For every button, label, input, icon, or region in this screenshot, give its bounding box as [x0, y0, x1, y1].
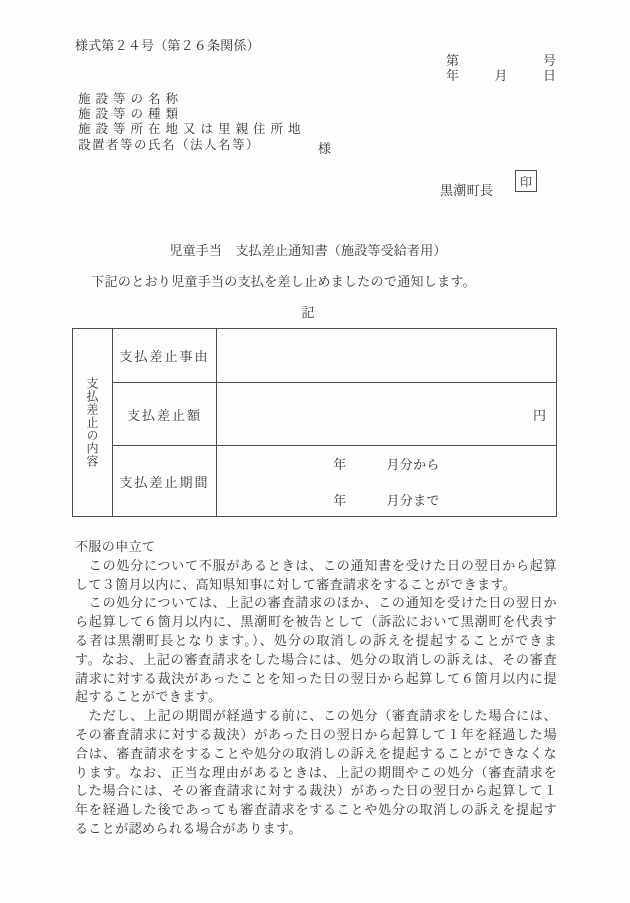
appeal-line: る者は黒潮町長となります。）、処分の取消しの訴えを提起することができま	[75, 632, 557, 651]
appeal-line: ります。なお、正当な理由があるときは、上記の期間やこの処分（審査請求を	[75, 764, 557, 783]
date-line: 年 月 日	[446, 65, 556, 84]
table-group-label: 支払差止の内容	[73, 329, 113, 516]
recipient-block: 施設等の名称 施設等の種類 施設等所在地又は里親住所地 設置者等の氏名（法人名等…	[78, 92, 306, 153]
date-month-label: 月	[494, 65, 507, 84]
appeal-line: 年を経過した後であっても審査請求をすることや処分の取消しの訴えを提起す	[75, 801, 557, 820]
appeal-section: 不服の申立て この処分について不服があるときは、この通知書を受けた日の翌日から起…	[75, 538, 557, 839]
suspension-reason-value-cell	[217, 329, 556, 383]
suspension-period-label: 支払差止期間	[113, 446, 217, 516]
installer-name-label: 設置者等の氏名（法人名等）	[78, 138, 306, 153]
period-to-line: 年 月分まで	[333, 490, 439, 509]
document-page: 様式第２４号（第２６条関係） 第 号 年 月 日 施設等の名称 施設等の種類 施…	[0, 0, 630, 903]
appeal-heading: 不服の申立て	[75, 538, 557, 557]
appeal-line: 起することができます。	[75, 688, 557, 707]
seal-label: 印	[520, 173, 532, 190]
document-title: 児童手当 支払差止通知書（施設等受給者用）	[0, 240, 616, 259]
appeal-line: ただし、上記の期間が経過する前に、この処分（審査請求をした場合には、	[75, 707, 557, 726]
suspension-table: 支払差止の内容 支払差止事由 支払差止額 円 支払差止期間 年 月分から 年 月…	[72, 328, 557, 517]
intro-text: 下記のとおり児童手当の支払を差し止めましたので通知します。	[78, 271, 476, 290]
appeal-line: して３箇月以内に、高知県知事に対して審査請求をすることができます。	[75, 576, 557, 595]
date-year-label: 年	[446, 65, 459, 84]
appeal-line: 合は、審査請求をすることや処分の取消しの訴えを提起することができなくな	[75, 745, 557, 764]
appeal-line: この処分については、上記の審査請求のほか、この通知を受けた日の翌日か	[75, 594, 557, 613]
appeal-line: ら起算して６箇月以内に、黒潮町を被告として（訴訟において黒潮町を代表す	[75, 613, 557, 632]
facility-type-label: 施設等の種類	[78, 107, 306, 122]
appeal-line: その審査請求に対する裁決）があった日の翌日から起算して１年を経過した場	[75, 726, 557, 745]
appeal-line: この処分について不服があるときは、この通知書を受けた日の翌日から起算	[75, 557, 557, 576]
seal-box: 印	[515, 170, 537, 192]
honorific-label: 様	[318, 138, 331, 157]
suspension-period-value-cell: 年 月分から 年 月分まで	[217, 446, 556, 516]
period-from-line: 年 月分から	[333, 454, 439, 473]
facility-address-label: 施設等所在地又は里親住所地	[78, 122, 306, 137]
amount-unit-label: 円	[533, 405, 546, 424]
suspension-reason-label: 支払差止事由	[113, 329, 217, 383]
appeal-line: した場合には、その審査請求に対する裁決）があった日の翌日から起算して１	[75, 782, 557, 801]
appeal-line: 請求に対する裁決があったことを知った日の翌日から起算して６箇月以内に提	[75, 670, 557, 689]
appeal-line: ることが認められる場合があります。	[75, 820, 557, 839]
suspension-amount-label: 支払差止額	[113, 383, 217, 446]
facility-name-label: 施設等の名称	[78, 92, 306, 107]
date-day-label: 日	[543, 65, 556, 84]
suspension-amount-value-cell: 円	[217, 383, 556, 446]
appeal-line: す。なお、上記の審査請求をした場合には、処分の取消しの訴えは、その審査	[75, 651, 557, 670]
record-mark: 記	[0, 302, 616, 321]
issuer-name: 黒潮町長	[440, 180, 493, 199]
form-number: 様式第２４号（第２６条関係）	[75, 35, 260, 54]
